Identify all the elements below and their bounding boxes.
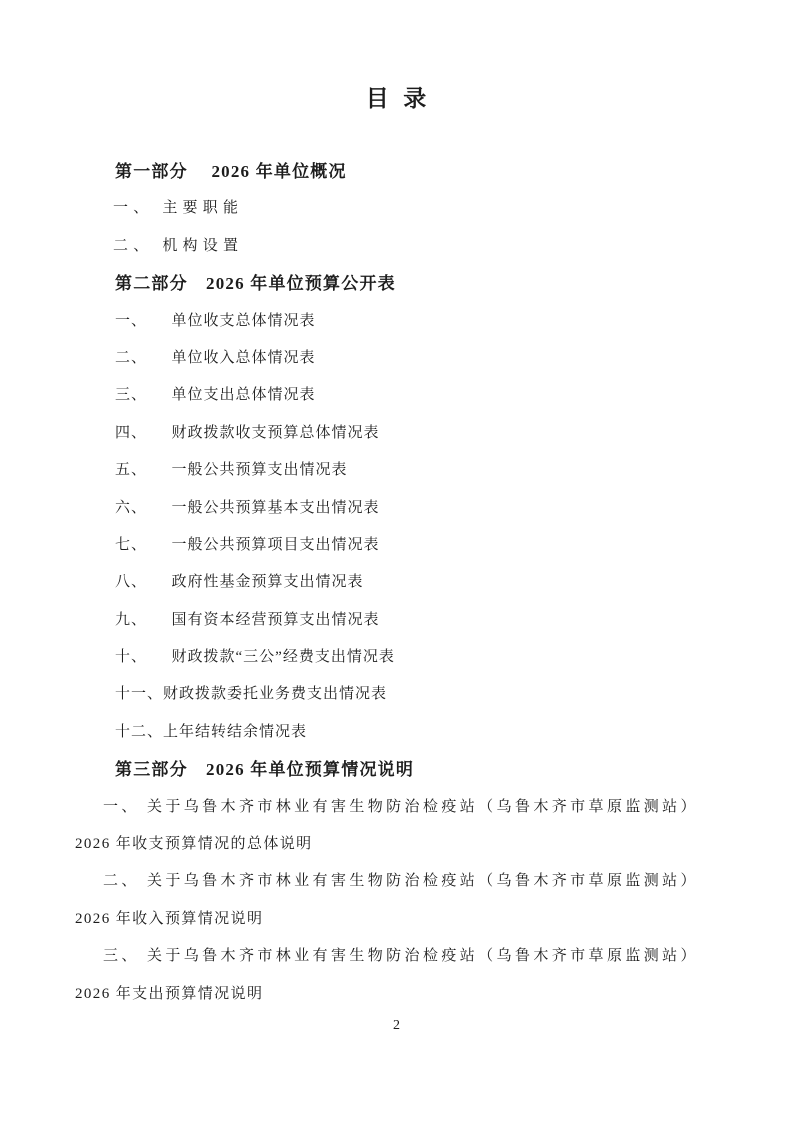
toc-part3-item-2-line1: 二、 关于乌鲁木齐市林业有害生物防治检疫站（乌鲁木齐市草原监测站） [75, 863, 725, 900]
toc-part3-item-1-line1: 一、 关于乌鲁木齐市林业有害生物防治检疫站（乌鲁木齐市草原监测站） [75, 789, 725, 826]
toc-part3-item-3-line1: 三、 关于乌鲁木齐市林业有害生物防治检疫站（乌鲁木齐市草原监测站） [75, 938, 725, 975]
toc-part2-item-3: 三、 单位支出总体情况表 [75, 377, 725, 414]
toc-part2-item-11: 十一、财政拨款委托业务费支出情况表 [75, 676, 725, 713]
toc-part1-item-2: 二、 机构设置 [75, 228, 725, 265]
toc-part2-item-2: 二、 单位收入总体情况表 [75, 340, 725, 377]
toc-part3-item-1-line2: 2026 年收支预算情况的总体说明 [75, 826, 725, 863]
toc-part2-heading: 第二部分 2026 年单位预算公开表 [75, 265, 725, 302]
toc-part2-item-9: 九、 国有资本经营预算支出情况表 [75, 602, 725, 639]
toc-part2-item-7: 七、 一般公共预算项目支出情况表 [75, 527, 725, 564]
toc-part1-item-1: 一、 主要职能 [75, 190, 725, 227]
table-of-contents: 第一部分 2026 年单位概况 一、 主要职能 二、 机构设置 第二部分 202… [75, 153, 725, 1013]
page-title: 目 录 [0, 80, 793, 113]
toc-part2-item-10: 十、 财政拨款“三公”经费支出情况表 [75, 639, 725, 676]
toc-part2-item-5: 五、 一般公共预算支出情况表 [75, 452, 725, 489]
toc-part3-item-3-line2: 2026 年支出预算情况说明 [75, 976, 725, 1013]
toc-part3-item-2-line2: 2026 年收入预算情况说明 [75, 901, 725, 938]
toc-part2-item-8: 八、 政府性基金预算支出情况表 [75, 564, 725, 601]
toc-part2-item-6: 六、 一般公共预算基本支出情况表 [75, 490, 725, 527]
page-number: 2 [0, 1018, 793, 1034]
toc-part2-item-1: 一、 单位收支总体情况表 [75, 303, 725, 340]
toc-part2-item-12: 十二、上年结转结余情况表 [75, 714, 725, 751]
toc-part3-heading: 第三部分 2026 年单位预算情况说明 [75, 751, 725, 788]
toc-part2-item-4: 四、 财政拨款收支预算总体情况表 [75, 415, 725, 452]
document-page: 目 录 第一部分 2026 年单位概况 一、 主要职能 二、 机构设置 第二部分… [0, 0, 793, 1122]
toc-part1-heading: 第一部分 2026 年单位概况 [75, 153, 725, 190]
